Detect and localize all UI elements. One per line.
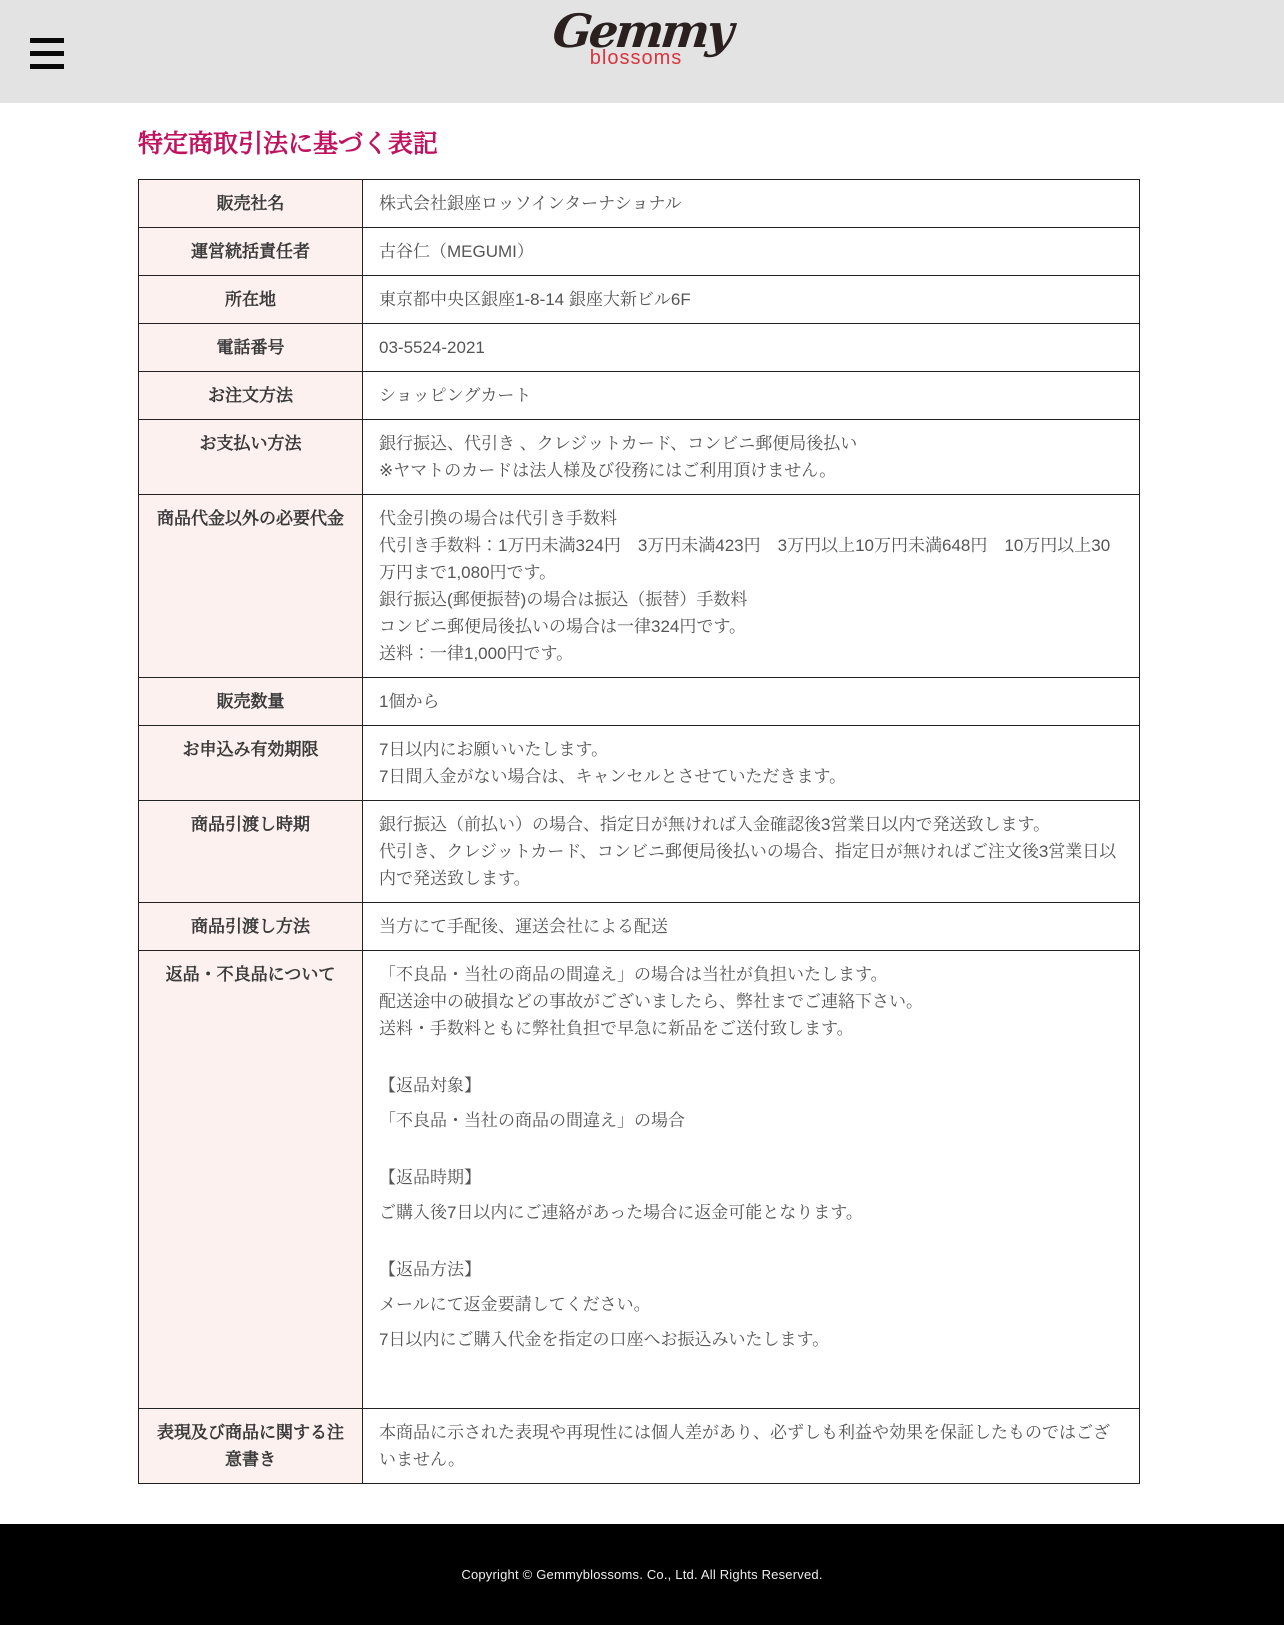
value-line: 銀行振込、代引き 、クレジットカード、コンビニ郵便局後払い bbox=[379, 430, 1123, 457]
row-label: 商品代金以外の必要代金 bbox=[139, 495, 363, 678]
row-value: 株式会社銀座ロッソインターナショナル bbox=[363, 180, 1140, 228]
table-row: お申込み有効期限7日以内にお願いいたします。7日間入金がない場合は、キャンセルと… bbox=[139, 726, 1140, 801]
value-line: 株式会社銀座ロッソインターナショナル bbox=[379, 190, 1123, 217]
value-line: 7日以内にご購入代金を指定の口座へお振込みいたします。 bbox=[379, 1326, 1123, 1353]
row-label: 商品引渡し時期 bbox=[139, 801, 363, 903]
value-line: 配送途中の破損などの事故がございましたら、弊社までご連絡下さい。 bbox=[379, 988, 1123, 1015]
row-value: ショッピングカート bbox=[363, 372, 1140, 420]
value-line: ※ヤマトのカードは法人様及び役務にはご利用頂けません。 bbox=[379, 457, 1123, 484]
table-row: お注文方法ショッピングカート bbox=[139, 372, 1140, 420]
row-label: 販売数量 bbox=[139, 678, 363, 726]
row-label: お注文方法 bbox=[139, 372, 363, 420]
row-label: 電話番号 bbox=[139, 324, 363, 372]
row-value: 7日以内にお願いいたします。7日間入金がない場合は、キャンセルとさせていただきま… bbox=[363, 726, 1140, 801]
value-line: ご購入後7日以内にご連絡があった場合に返金可能となります。 bbox=[379, 1199, 1123, 1226]
value-line: 銀行振込(郵便振替)の場合は振込（振替）手数料 bbox=[379, 586, 1123, 613]
row-value: 銀行振込（前払い）の場合、指定日が無ければ入金確認後3営業日以内で発送致します。… bbox=[363, 801, 1140, 903]
value-line: 代引き手数料：1万円未満324円 3万円未満423円 3万円以上10万円未満64… bbox=[379, 532, 1123, 586]
row-value: 本商品に示された表現や再現性には個人差があり、必ずしも利益や効果を保証したもので… bbox=[363, 1409, 1140, 1484]
table-row: 所在地東京都中央区銀座1-8-14 銀座大新ビル6F bbox=[139, 276, 1140, 324]
site-footer: Copyright © Gemmyblossoms. Co., Ltd. All… bbox=[0, 1524, 1284, 1625]
table-row: 販売数量1個から bbox=[139, 678, 1140, 726]
legal-info-table: 販売社名株式会社銀座ロッソインターナショナル運営統括責任者古谷仁（MEGUMI）… bbox=[138, 179, 1140, 1484]
row-value: 1個から bbox=[363, 678, 1140, 726]
value-line: 古谷仁（MEGUMI） bbox=[379, 238, 1123, 265]
row-value: 代金引換の場合は代引き手数料代引き手数料：1万円未満324円 3万円未満423円… bbox=[363, 495, 1140, 678]
row-value: 銀行振込、代引き 、クレジットカード、コンビニ郵便局後払い※ヤマトのカードは法人… bbox=[363, 420, 1140, 495]
value-line: 代引き、クレジットカード、コンビニ郵便局後払いの場合、指定日が無ければご注文後3… bbox=[379, 838, 1123, 892]
value-line: 【返品方法】 bbox=[379, 1256, 1123, 1283]
row-label: 運営統括責任者 bbox=[139, 228, 363, 276]
row-label: お支払い方法 bbox=[139, 420, 363, 495]
value-line: 送料・手数料ともに弊社負担で早急に新品をご送付致します。 bbox=[379, 1015, 1123, 1042]
value-line: 送料：一律1,000円です。 bbox=[379, 640, 1123, 667]
value-line: ショッピングカート bbox=[379, 382, 1123, 409]
row-value: 古谷仁（MEGUMI） bbox=[363, 228, 1140, 276]
table-row: 電話番号03-5524-2021 bbox=[139, 324, 1140, 372]
info-table-body: 販売社名株式会社銀座ロッソインターナショナル運営統括責任者古谷仁（MEGUMI）… bbox=[139, 180, 1140, 1484]
row-label: 表現及び商品に関する注意書き bbox=[139, 1409, 363, 1484]
row-label: お申込み有効期限 bbox=[139, 726, 363, 801]
value-line: メールにて返金要請してください。 bbox=[379, 1291, 1123, 1318]
value-line: 「不良品・当社の商品の間違え」の場合は当社が負担いたします。 bbox=[379, 961, 1123, 988]
page-title: 特定商取引法に基づく表記 bbox=[138, 124, 1284, 160]
row-value: 東京都中央区銀座1-8-14 銀座大新ビル6F bbox=[363, 276, 1140, 324]
value-line: 本商品に示された表現や再現性には個人差があり、必ずしも利益や効果を保証したもので… bbox=[379, 1419, 1123, 1473]
value-line: 「不良品・当社の商品の間違え」の場合 bbox=[379, 1107, 1123, 1134]
row-label: 販売社名 bbox=[139, 180, 363, 228]
row-label: 返品・不良品について bbox=[139, 951, 363, 1409]
table-row: 運営統括責任者古谷仁（MEGUMI） bbox=[139, 228, 1140, 276]
value-line: 銀行振込（前払い）の場合、指定日が無ければ入金確認後3営業日以内で発送致します。 bbox=[379, 811, 1123, 838]
logo-secondary-text: blossoms bbox=[590, 48, 682, 68]
value-line: 東京都中央区銀座1-8-14 銀座大新ビル6F bbox=[379, 286, 1123, 313]
copyright-text: Copyright © Gemmyblossoms. Co., Ltd. All… bbox=[461, 1567, 822, 1582]
table-row: 表現及び商品に関する注意書き本商品に示された表現や再現性には個人差があり、必ずし… bbox=[139, 1409, 1140, 1484]
value-line: 【返品対象】 bbox=[379, 1072, 1123, 1099]
table-row: 商品引渡し方法当方にて手配後、運送会社による配送 bbox=[139, 903, 1140, 951]
main-content: 特定商取引法に基づく表記 販売社名株式会社銀座ロッソインターナショナル運営統括責… bbox=[0, 124, 1284, 1504]
site-logo[interactable]: Gemmy blossoms bbox=[0, 8, 1284, 68]
table-row: 商品代金以外の必要代金代金引換の場合は代引き手数料代引き手数料：1万円未満324… bbox=[139, 495, 1140, 678]
value-line: 1個から bbox=[379, 688, 1123, 715]
value-line: 【返品時期】 bbox=[379, 1164, 1123, 1191]
row-value: 「不良品・当社の商品の間違え」の場合は当社が負担いたします。配送途中の破損などの… bbox=[363, 951, 1140, 1409]
table-row: 返品・不良品について「不良品・当社の商品の間違え」の場合は当社が負担いたします。… bbox=[139, 951, 1140, 1409]
value-line: 03-5524-2021 bbox=[379, 334, 1123, 361]
table-row: お支払い方法銀行振込、代引き 、クレジットカード、コンビニ郵便局後払い※ヤマトの… bbox=[139, 420, 1140, 495]
table-row: 販売社名株式会社銀座ロッソインターナショナル bbox=[139, 180, 1140, 228]
site-header: Gemmy blossoms bbox=[0, 0, 1284, 103]
value-line: 代金引換の場合は代引き手数料 bbox=[379, 505, 1123, 532]
row-label: 所在地 bbox=[139, 276, 363, 324]
value-line: コンビニ郵便局後払いの場合は一律324円です。 bbox=[379, 613, 1123, 640]
value-line: 7日間入金がない場合は、キャンセルとさせていただきます。 bbox=[379, 763, 1123, 790]
table-row: 商品引渡し時期銀行振込（前払い）の場合、指定日が無ければ入金確認後3営業日以内で… bbox=[139, 801, 1140, 903]
row-value: 当方にて手配後、運送会社による配送 bbox=[363, 903, 1140, 951]
value-line: 当方にて手配後、運送会社による配送 bbox=[379, 913, 1123, 940]
row-label: 商品引渡し方法 bbox=[139, 903, 363, 951]
value-line: 7日以内にお願いいたします。 bbox=[379, 736, 1123, 763]
row-value: 03-5524-2021 bbox=[363, 324, 1140, 372]
